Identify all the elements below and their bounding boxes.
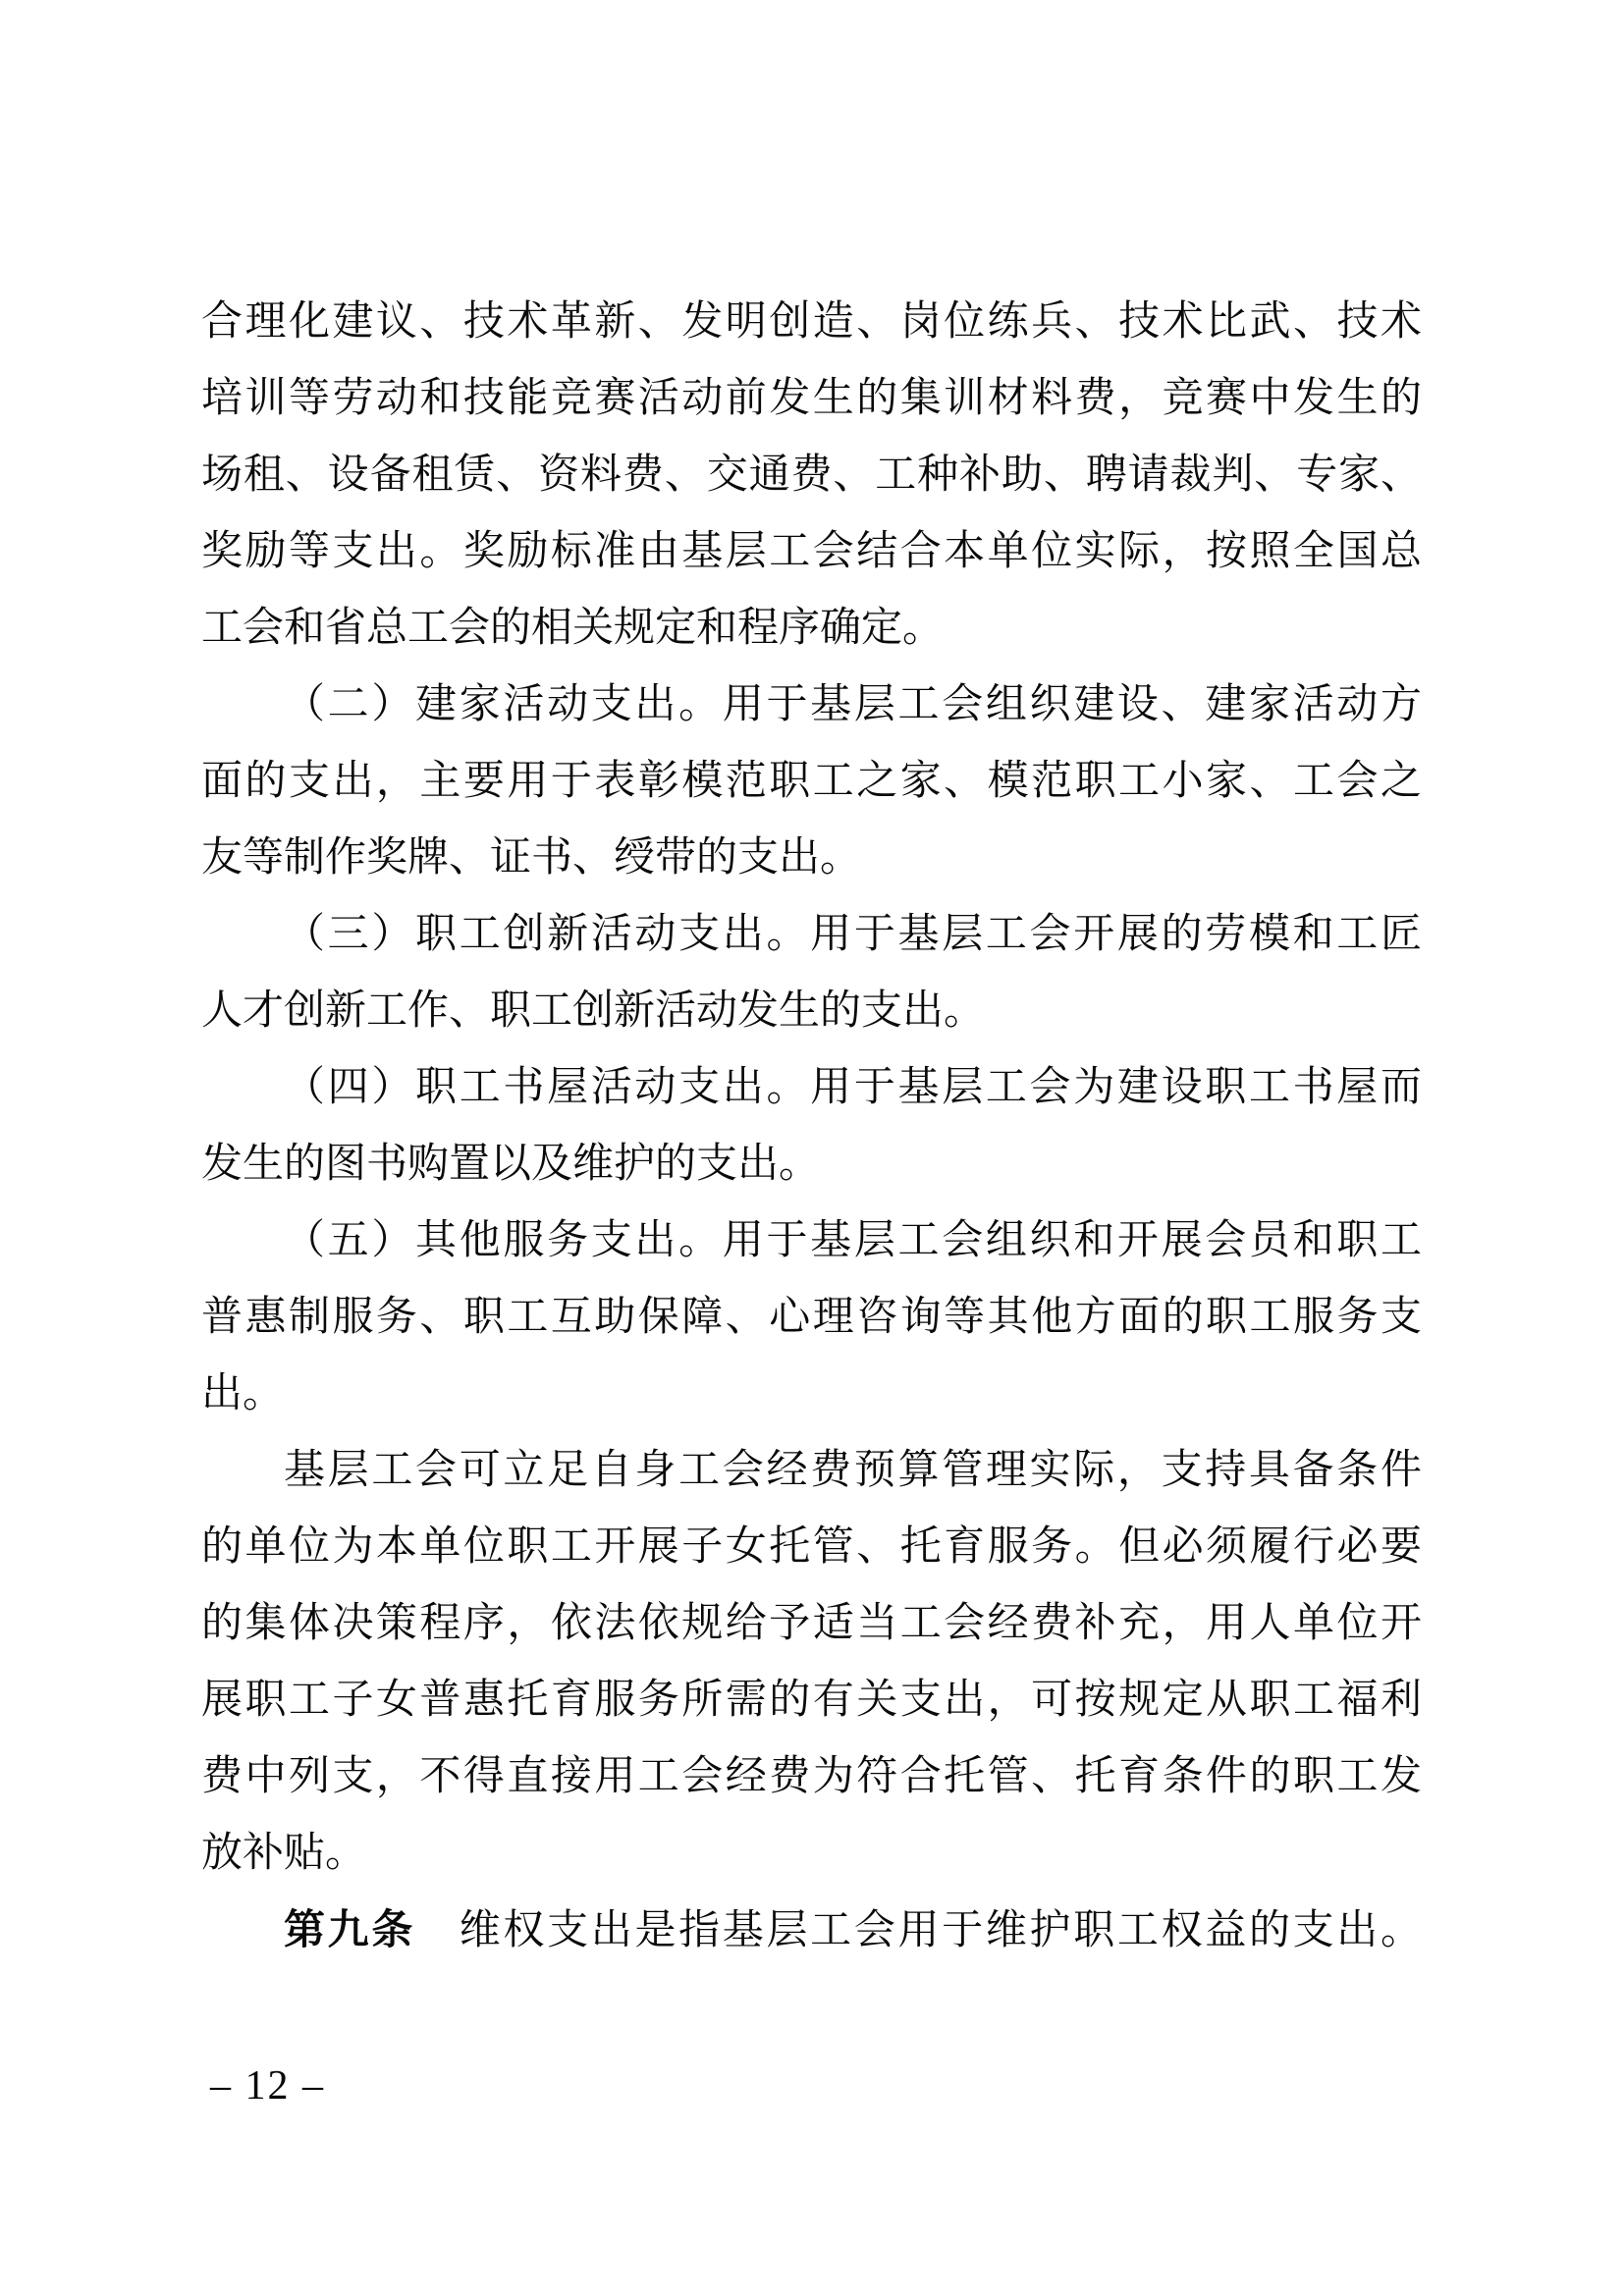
- paragraph-line: 友等制作奖牌、证书、绶带的支出。: [201, 820, 1422, 896]
- paragraph-line: 人才创新工作、职工创新活动发生的支出。: [201, 973, 1422, 1049]
- document-page: 合理化建议、技术革新、发明创造、岗位练兵、技术比武、技术 培训等劳动和技能竞赛活…: [0, 0, 1624, 2296]
- paragraph-line: 合理化建议、技术革新、发明创造、岗位练兵、技术比武、技术: [201, 284, 1422, 360]
- paragraph-line: 发生的图书购置以及维护的支出。: [201, 1126, 1422, 1202]
- paragraph-line: 场租、设备租赁、资料费、交通费、工种补助、聘请裁判、专家、: [201, 437, 1422, 513]
- paragraph-line: （五）其他服务支出。用于基层工会组织和开展会员和职工: [201, 1202, 1422, 1279]
- paragraph-line: 工会和省总工会的相关规定和程序确定。: [201, 590, 1422, 667]
- article-line: 第九条 维权支出是指基层工会用于维护职工权益的支出。: [201, 1892, 1422, 1968]
- page-number: – 12 –: [210, 2061, 325, 2110]
- article-9-text: 维权支出是指基层工会用于维护职工权益的支出。: [415, 1908, 1422, 1953]
- paragraph-line: 的集体决策程序，依法依规给予适当工会经费补充，用人单位开: [201, 1585, 1422, 1662]
- paragraph-line: 展职工子女普惠托育服务所需的有关支出，可按规定从职工福利: [201, 1662, 1422, 1738]
- paragraph-line: 的单位为本单位职工开展子女托管、托育服务。但必须履行必要: [201, 1509, 1422, 1585]
- paragraph-line: 普惠制服务、职工互助保障、心理咨询等其他方面的职工服务支: [201, 1279, 1422, 1356]
- paragraph-line: 面的支出，主要用于表彰模范职工之家、模范职工小家、工会之: [201, 743, 1422, 820]
- body-text: 合理化建议、技术革新、发明创造、岗位练兵、技术比武、技术 培训等劳动和技能竞赛活…: [201, 284, 1422, 1968]
- paragraph-line: 放补贴。: [201, 1815, 1422, 1892]
- paragraph-line: 奖励等支出。奖励标准由基层工会结合本单位实际，按照全国总: [201, 513, 1422, 590]
- paragraph-line: （四）职工书屋活动支出。用于基层工会为建设职工书屋而: [201, 1049, 1422, 1126]
- paragraph-line: （二）建家活动支出。用于基层工会组织建设、建家活动方: [201, 667, 1422, 743]
- paragraph-line: 基层工会可立足自身工会经费预算管理实际，支持具备条件: [201, 1432, 1422, 1509]
- paragraph-line: （三）职工创新活动支出。用于基层工会开展的劳模和工匠: [201, 896, 1422, 973]
- paragraph-line: 出。: [201, 1356, 1422, 1432]
- article-9-heading: 第九条: [284, 1906, 415, 1952]
- paragraph-line: 培训等劳动和技能竞赛活动前发生的集训材料费，竞赛中发生的: [201, 360, 1422, 437]
- paragraph-line: 费中列支，不得直接用工会经费为符合托管、托育条件的职工发: [201, 1738, 1422, 1815]
